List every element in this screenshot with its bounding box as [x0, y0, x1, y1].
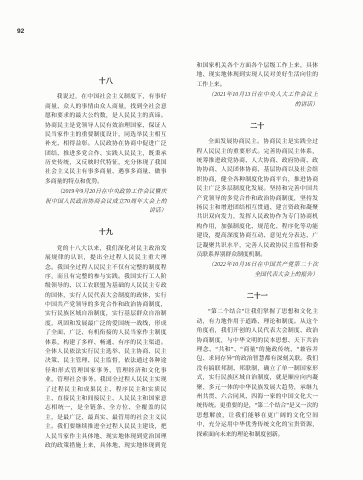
- document-page: 92 十八 我说过，在中国社会主义制度下，有事好商量、众人的事情由众人商量，找到…: [0, 0, 363, 480]
- section-citation-19: （2021年10月13日在中央人大工作会议上的讲话）: [197, 91, 319, 110]
- article-content: 十八 我说过，在中国社会主义制度下，有事好商量、众人的事情由众人商量，找到全社会…: [45, 62, 318, 454]
- section-heading-21: 二十一: [197, 291, 319, 302]
- section-paragraph-18: 我说过，在中国社会主义制度下，有事好商量、众人的事情由众人商量，找到全社会意愿和…: [45, 93, 167, 187]
- section-heading-20: 二十: [197, 121, 319, 132]
- section-paragraph-20: 全面发展协商民主。协商民主是实践全过程人民民主的重要形式。完善协商民主体系，统筹…: [197, 138, 319, 260]
- section-heading-18: 十八: [45, 76, 167, 87]
- section-20: 二十 全面发展协商民主。协商民主是实践全过程人民民主的重要形式。完善协商民主体系…: [197, 121, 319, 280]
- source-line: （来源／《求是》2024/05）: [348, 86, 363, 95]
- section-paragraph-21: “第二个结合”让我们掌握了思想和文化主动，有力地作用于道路、理论和制度。从这个角…: [197, 308, 319, 439]
- section-citation-20: （2022年10月16日在中国共产党第二十次全国代表大会上的报告）: [197, 261, 319, 280]
- section-citation-21: （2023年6月2日在文化传承发展座谈会上的讲话）: [348, 62, 363, 81]
- section-18: 十八 我说过，在中国社会主义制度下，有事好商量、众人的事情由众人商量，找到全社会…: [45, 76, 167, 216]
- page-number: 92: [17, 28, 24, 35]
- section-citation-18: （2019年9月20日在中央政协工作会议暨庆祝中国人民政治协商会议成立70周年大…: [45, 188, 167, 216]
- section-heading-19: 十九: [45, 227, 167, 238]
